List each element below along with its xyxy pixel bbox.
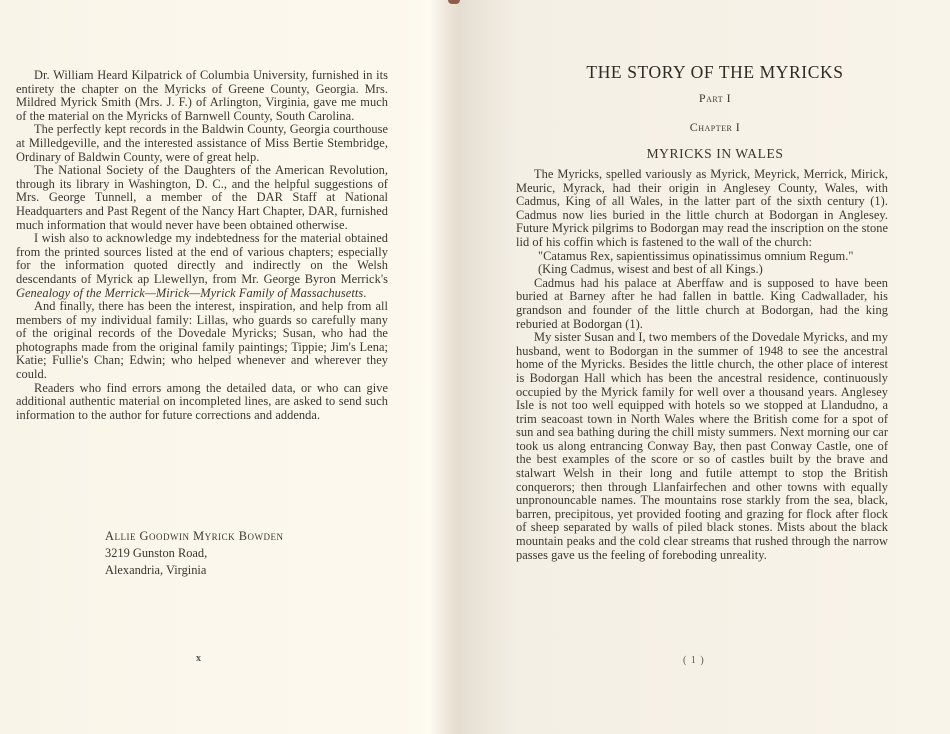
paragraph-baldwin-records: The perfectly kept records in the Baldwi… xyxy=(16,123,388,164)
acknowledgement-end: . xyxy=(363,286,366,300)
paragraph-acknowledgement: I wish also to acknowledge my indebtedne… xyxy=(16,232,388,300)
author-city: Alexandria, Virginia xyxy=(105,562,283,579)
paragraph-kilpatrick: Dr. William Heard Kilpatrick of Columbia… xyxy=(16,69,388,123)
book-title: THE STORY OF THE MYRICKS xyxy=(560,62,870,83)
genealogy-title: Genealogy of the Merrick—Mirick—Myrick F… xyxy=(16,286,363,300)
paragraph-readers: Readers who find errors among the detail… xyxy=(16,382,388,423)
book-spread: Dr. William Heard Kilpatrick of Columbia… xyxy=(0,0,950,734)
author-signature: Allie Goodwin Myrick Bowden 3219 Gunston… xyxy=(105,528,283,579)
acknowledgement-text: I wish also to acknowledge my indebtedne… xyxy=(16,231,388,286)
chapter-title: MYRICKS IN WALES xyxy=(560,146,870,162)
paragraph-visit: My sister Susan and I, two members of th… xyxy=(516,331,888,562)
chapter-label: Chapter I xyxy=(560,120,870,135)
author-name: Allie Goodwin Myrick Bowden xyxy=(105,528,283,545)
part-label: Part I xyxy=(560,91,870,106)
page-number-right: ( 1 ) xyxy=(683,655,705,666)
paragraph-origins: The Myricks, spelled variously as Myrick… xyxy=(516,168,888,250)
page-number-left: x xyxy=(196,653,201,664)
paragraph-family: And finally, there has been the interest… xyxy=(16,300,388,382)
paragraph-cadmus-palace: Cadmus had his palace at Aberffaw and is… xyxy=(516,277,888,331)
paragraph-dar: The National Society of the Daughters of… xyxy=(16,164,388,232)
inscription-translation: (King Cadmus, wisest and best of all Kin… xyxy=(516,263,888,277)
ribbon-marker xyxy=(448,0,460,4)
inscription-latin: "Catamus Rex, sapientissimus opinatissim… xyxy=(516,250,888,264)
author-street: 3219 Gunston Road, xyxy=(105,545,283,562)
preface-text: Dr. William Heard Kilpatrick of Columbia… xyxy=(16,69,388,422)
chapter-text: The Myricks, spelled variously as Myrick… xyxy=(516,168,888,562)
